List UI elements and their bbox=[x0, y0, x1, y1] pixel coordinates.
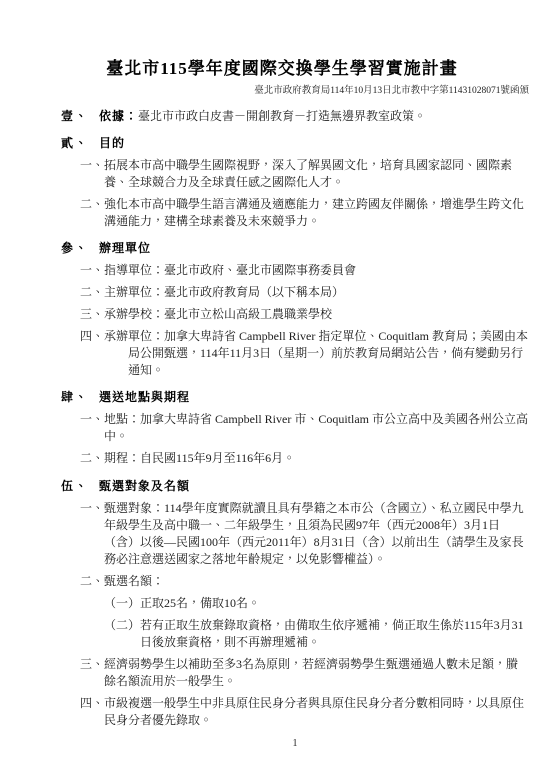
section-organizers: 參、 辦理單位 一、 指導單位：臺北市政府、臺北市國際事務委員會 二、 主辦單位… bbox=[61, 240, 529, 379]
section-number: 壹、 bbox=[61, 108, 89, 125]
item-text: 承辦單位：加拿大卑詩省 Campbell River 指定單位、Coquitla… bbox=[104, 328, 529, 379]
item-label: 二、 bbox=[80, 284, 104, 301]
section-location-schedule: 肆、 選送地點與期程 一、 地點：加拿大卑詩省 Campbell River 市… bbox=[61, 389, 529, 467]
item-label: 三、 bbox=[80, 306, 104, 323]
list-item: 四、 承辦單位：加拿大卑詩省 Campbell River 指定單位、Coqui… bbox=[80, 328, 529, 379]
section-number: 伍、 bbox=[61, 478, 89, 495]
section-heading: 肆、 選送地點與期程 bbox=[61, 389, 529, 406]
section-title: 依據： bbox=[99, 109, 138, 123]
list-item: 二、 甄選名額： （一） 正取25名，備取10名。 （二） 若有正取生放棄錄取資… bbox=[80, 573, 529, 651]
item-text: 甄選對象：114學年度實際就讀且具有學籍之本市公（含國立）、私立國民中學九年級學… bbox=[104, 500, 529, 568]
list-item: 四、 市級複選一般學生中非具原住民身分者與具原住民身分者分數相同時，以具原住民身… bbox=[80, 695, 529, 729]
issuance-note: 臺北市政府教育局114年10月13日北市教中字第11431028071號函頒 bbox=[61, 85, 529, 98]
item-text: 期程：自民國115年9月至116年6月。 bbox=[104, 450, 529, 467]
list-item: 一、 指導單位：臺北市政府、臺北市國際事務委員會 bbox=[80, 262, 529, 279]
item-label: 二、 bbox=[80, 450, 104, 467]
document-page: 臺北市115學年度國際交換學生學習實施計畫 臺北市政府教育局114年10月13日… bbox=[0, 0, 557, 775]
item-text: 指導單位：臺北市政府、臺北市國際事務委員會 bbox=[104, 262, 529, 279]
item-label: 一、 bbox=[80, 262, 104, 279]
list-item: 一、 甄選對象：114學年度實際就讀且具有學籍之本市公（含國立）、私立國民中學九… bbox=[80, 500, 529, 568]
list-item: 二、 強化本市高中職學生語言溝通及適應能力，建立跨國友伴關係，增進學生跨文化溝通… bbox=[80, 196, 529, 230]
section-candidates-quota: 伍、 甄選對象及名額 一、 甄選對象：114學年度實際就讀且具有學籍之本市公（含… bbox=[61, 478, 529, 729]
section-purpose: 貳、 目的 一、 拓展本市高中職學生國際視野，深入了解異國文化，培育具國家認同、… bbox=[61, 135, 529, 230]
item-label: 一、 bbox=[80, 411, 104, 428]
section-number: 參、 bbox=[61, 240, 89, 257]
list-item: 三、 經濟弱勢學生以補助至多3名為原則，若經濟弱勢學生甄選通過人數未足額，賸餘名… bbox=[80, 656, 529, 690]
section-title: 目的 bbox=[99, 136, 125, 150]
item-text: 拓展本市高中職學生國際視野，深入了解異國文化，培育具國家認同、國際素養、全球競合… bbox=[104, 157, 529, 191]
item-label: 二、 bbox=[80, 196, 104, 213]
section-inline-text: 臺北市市政白皮書－開創教育－打造無邊界教室政策。 bbox=[138, 109, 426, 123]
item-label: 二、 bbox=[80, 573, 104, 590]
item-text: 強化本市高中職學生語言溝通及適應能力，建立跨國友伴關係，增進學生跨文化溝通能力，… bbox=[104, 196, 529, 230]
item-text: 地點：加拿大卑詩省 Campbell River 市、Coquitlam 市公立… bbox=[104, 411, 529, 445]
item-label: （二） bbox=[104, 617, 140, 634]
item-label: （一） bbox=[104, 595, 140, 612]
item-label: 三、 bbox=[80, 656, 104, 673]
sub-list-item: （二） 若有正取生放棄錄取資格，由備取生依序遞補，倘正取生係於115年3月31日… bbox=[104, 617, 529, 651]
list-item: 三、 承辦學校：臺北市立松山高級工農職業學校 bbox=[80, 306, 529, 323]
item-label: 一、 bbox=[80, 500, 104, 517]
section-heading: 貳、 目的 bbox=[61, 135, 529, 152]
list-item: 二、 主辦單位：臺北市政府教育局（以下稱本局） bbox=[80, 284, 529, 301]
section-heading: 伍、 甄選對象及名額 bbox=[61, 478, 529, 495]
page-number: 1 bbox=[61, 737, 529, 751]
item-text: 市級複選一般學生中非具原住民身分者與具原住民身分者分數相同時，以具原住民身分者優… bbox=[104, 695, 529, 729]
item-text: 正取25名，備取10名。 bbox=[140, 595, 529, 612]
section-heading: 參、 辦理單位 bbox=[61, 240, 529, 257]
list-item: 一、 地點：加拿大卑詩省 Campbell River 市、Coquitlam … bbox=[80, 411, 529, 445]
item-text: 主辦單位：臺北市政府教育局（以下稱本局） bbox=[104, 284, 529, 301]
item-text: 若有正取生放棄錄取資格，由備取生依序遞補，倘正取生係於115年3月31日後放棄資… bbox=[140, 617, 529, 651]
item-text: 經濟弱勢學生以補助至多3名為原則，若經濟弱勢學生甄選通過人數未足額，賸餘名額流用… bbox=[104, 656, 529, 690]
item-label: 四、 bbox=[80, 695, 104, 712]
item-label: 四、 bbox=[80, 328, 104, 345]
section-number: 肆、 bbox=[61, 389, 89, 406]
section-basis: 壹、 依據：臺北市市政白皮書－開創教育－打造無邊界教室政策。 bbox=[61, 108, 529, 125]
list-item: 一、 拓展本市高中職學生國際視野，深入了解異國文化，培育具國家認同、國際素養、全… bbox=[80, 157, 529, 191]
item-text: 甄選名額： bbox=[104, 573, 529, 590]
section-number: 貳、 bbox=[61, 135, 89, 152]
section-title: 選送地點與期程 bbox=[99, 390, 190, 404]
section-heading: 壹、 依據：臺北市市政白皮書－開創教育－打造無邊界教室政策。 bbox=[61, 108, 529, 125]
section-title: 甄選對象及名額 bbox=[99, 479, 190, 493]
list-item: 二、 期程：自民國115年9月至116年6月。 bbox=[80, 450, 529, 467]
item-text: 承辦學校：臺北市立松山高級工農職業學校 bbox=[104, 306, 529, 323]
document-title: 臺北市115學年度國際交換學生學習實施計畫 bbox=[45, 56, 519, 82]
section-title: 辦理單位 bbox=[99, 241, 151, 255]
item-label: 一、 bbox=[80, 157, 104, 174]
sub-list-item: （一） 正取25名，備取10名。 bbox=[104, 595, 529, 612]
